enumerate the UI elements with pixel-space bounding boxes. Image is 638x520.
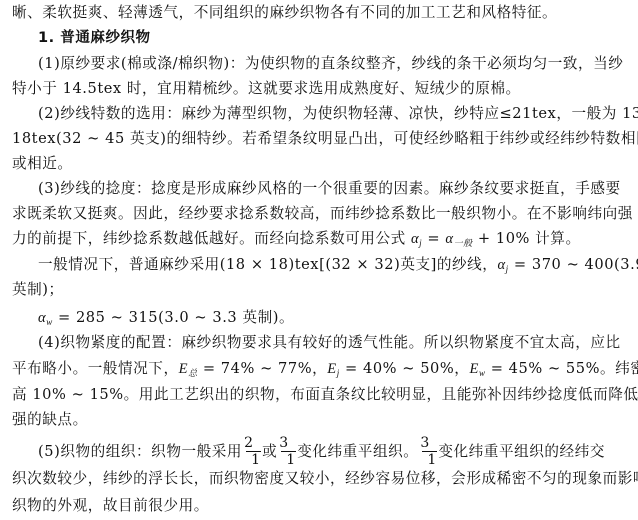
formula-E-w: Ew — [469, 361, 485, 377]
formula-alpha-j: αj — [411, 231, 422, 247]
text-segment: = 45% ~ 55%。纬密须比经密 — [491, 360, 638, 377]
text-line: 高 10% ~ 15%。用此工艺织出的织物，布面直条纹比较明显，且能弥补因纬纱捻… — [12, 386, 638, 404]
text-line: (1)原纱要求(棉或涤/棉织物)：为使织物的直条纹整齐，纱线的条干必须均匀一致，… — [38, 55, 623, 73]
text-line: (3)纱线的捻度：捻度是形成麻纱风格的一个很重要的因素。麻纱条纹要求挺直，手感要 — [38, 180, 621, 198]
text-line-formula: 力的前提下，纬纱捻系数越低越好。而经向捻系数可用公式 αj = α一般 + 10… — [12, 230, 581, 248]
text-segment: 或 — [262, 443, 277, 460]
text-segment: 平布略小。一般情况下， — [12, 360, 179, 377]
text-segment: + 10% 计算。 — [478, 230, 581, 247]
text-segment: 力的前提下，纬纱捻系数越低越好。而经向捻系数可用公式 — [12, 230, 406, 247]
formula-alpha-yiban: α一般 — [445, 231, 472, 247]
text-line-fractions: (5)织物的组织：织物一般采用21或31变化纬重平组织。31变化纬重平组织的经纬… — [38, 443, 605, 461]
fraction-2-over-1: 21 — [242, 443, 262, 461]
text-line: 或相近。 — [12, 155, 73, 173]
text-line: 英制)； — [12, 281, 64, 299]
text-segment: = 74% ~ 77%， — [203, 360, 327, 377]
equals: = — [422, 230, 445, 247]
text-segment: 变化纬重平组织的经纬交 — [438, 443, 605, 460]
text-line-formula: 一般情况下，普通麻纱采用(18 × 18)tex[(32 × 32)英支]的纱线… — [38, 256, 638, 274]
text-line: 特小于 14.5tex 时，宜用精梳纱。这就要求选用成熟度好、短绒少的原棉。 — [12, 80, 521, 98]
text-segment: (5)织物的组织：织物一般采用 — [38, 443, 242, 460]
text-line: 求既柔软又挺爽。因此，经纱要求捻系数较高，而纬纱捻系数比一般织物小。在不影响纬向… — [12, 205, 633, 223]
text-line: 织物的外观，故目前很少用。 — [12, 497, 209, 515]
text-line: (2)纱线特数的选用：麻纱为薄型织物，为使织物轻薄、凉快，纱特应≤21tex，一… — [38, 105, 638, 123]
fraction-3-over-1: 31 — [418, 443, 438, 461]
text-segment: 一般情况下，普通麻纱采用(18 × 18)tex[(32 × 32)英支]的纱线… — [38, 256, 497, 273]
formula-E-zong: E总 — [179, 361, 198, 377]
text-segment: = 370 ~ 400(3.9 ~ 4.2 — [514, 256, 638, 273]
text-segment: = 285 ~ 315(3.0 ~ 3.3 英制)。 — [58, 309, 294, 326]
formula-alpha-j: αj — [497, 257, 508, 273]
formula-alpha-w: αw — [38, 310, 53, 326]
text-line: (4)织物紧度的配置：麻纱织物要求具有较好的透气性能。所以织物紧度不宜太高，应比 — [38, 334, 621, 352]
fraction-3-over-1: 31 — [277, 443, 297, 461]
text-line: 18tex(32 ~ 45 英支)的细特纱。若希望条纹明显凸出，可使经纱略粗于纬… — [12, 130, 638, 148]
text-line-formula: 平布略小。一般情况下，E总 = 74% ~ 77%，Ej = 40% ~ 50%… — [12, 360, 638, 378]
text-segment: = 40% ~ 50%， — [345, 360, 469, 377]
text-line: 织次数较少，纬纱的浮长长，而织物密度又较小，经纱容易位移，会形成稀密不匀的现象而… — [12, 470, 638, 488]
text-segment: 变化纬重平组织。 — [297, 443, 418, 460]
text-line: 晰、柔软挺爽、轻薄透气，不同组织的麻纱织物各有不同的加工工艺和风格特征。 — [12, 4, 557, 22]
formula-E-j: Ej — [327, 361, 340, 377]
text-line-formula: αw = 285 ~ 315(3.0 ~ 3.3 英制)。 — [38, 309, 294, 327]
section-heading: 1. 普通麻纱织物 — [38, 29, 151, 47]
text-line: 强的缺点。 — [12, 411, 88, 429]
